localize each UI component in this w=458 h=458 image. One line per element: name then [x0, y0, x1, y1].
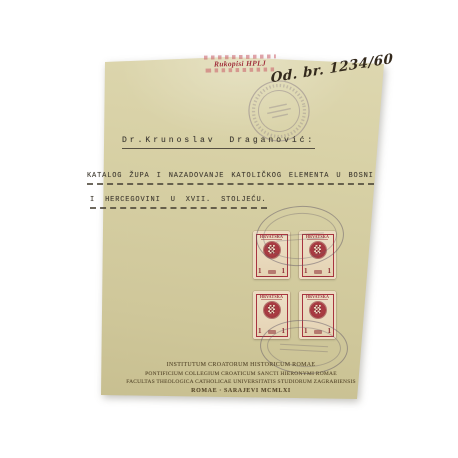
imprint-line-3: FACULTAS THEOLOGICA CATHOLICAE UNIVERSIT…	[126, 379, 356, 385]
handwritten-protocol-number: Od. br. 1234/60	[271, 50, 402, 87]
page-content: Rukopisi HPLJ Od. br. 1234/60 Dr.Krunosl…	[0, 0, 458, 458]
stamp-value-right: 1	[328, 268, 332, 275]
archive-ownership-stamp: Rukopisi HPLJ	[204, 54, 276, 72]
title-line-2: I HERCEGOVINI U XVII. STOLJEĆU.	[90, 196, 267, 209]
stamp-value-left: 1	[258, 268, 262, 275]
imprint-line-4: ROMAE · SARAJEVI MCMLXI	[191, 388, 291, 394]
imprint-line-1: INSTITUTUM CROATORUM HISTORICUM ROMAE	[167, 362, 316, 368]
revenue-stamp-baseline	[306, 276, 329, 277]
revenue-stamp-ornament	[307, 299, 328, 300]
coat-of-arms-icon	[310, 302, 326, 318]
author-line: Dr.Krunoslav Draganović:	[122, 136, 315, 149]
currency-mark-icon	[268, 270, 276, 274]
revenue-stamp-country-label: HRVATSKA	[299, 294, 336, 299]
revenue-stamp-values: 1 1	[304, 268, 331, 275]
title-line-1: KATALOG ŽUPA I NAZADOVANJE KATOLIČKOG EL…	[87, 172, 374, 185]
imprint-line-2: PONTIFICIUM COLLEGIUM CROATICUM SANCTI H…	[145, 371, 337, 377]
imprint-block: INSTITUTUM CROATORUM HISTORICUM ROMAE PO…	[124, 362, 358, 394]
currency-mark-icon	[314, 270, 322, 274]
revenue-stamp-baseline	[260, 276, 283, 277]
photo-scene: Rukopisi HPLJ Od. br. 1234/60 Dr.Krunosl…	[0, 0, 458, 458]
stamp-value-left: 1	[304, 268, 308, 275]
checkerboard-shield-icon	[268, 305, 275, 314]
checker-pattern-bottom-icon	[204, 67, 276, 72]
checkerboard-shield-icon	[314, 305, 321, 314]
stamp-value-right: 1	[282, 268, 286, 275]
revenue-stamp-values: 1 1	[258, 268, 285, 275]
revenue-stamp-country-label: HRVATSKA	[253, 294, 290, 299]
revenue-stamp-ornament	[261, 299, 282, 300]
stamp-value-left: 1	[258, 328, 262, 335]
coat-of-arms-icon	[264, 302, 280, 318]
